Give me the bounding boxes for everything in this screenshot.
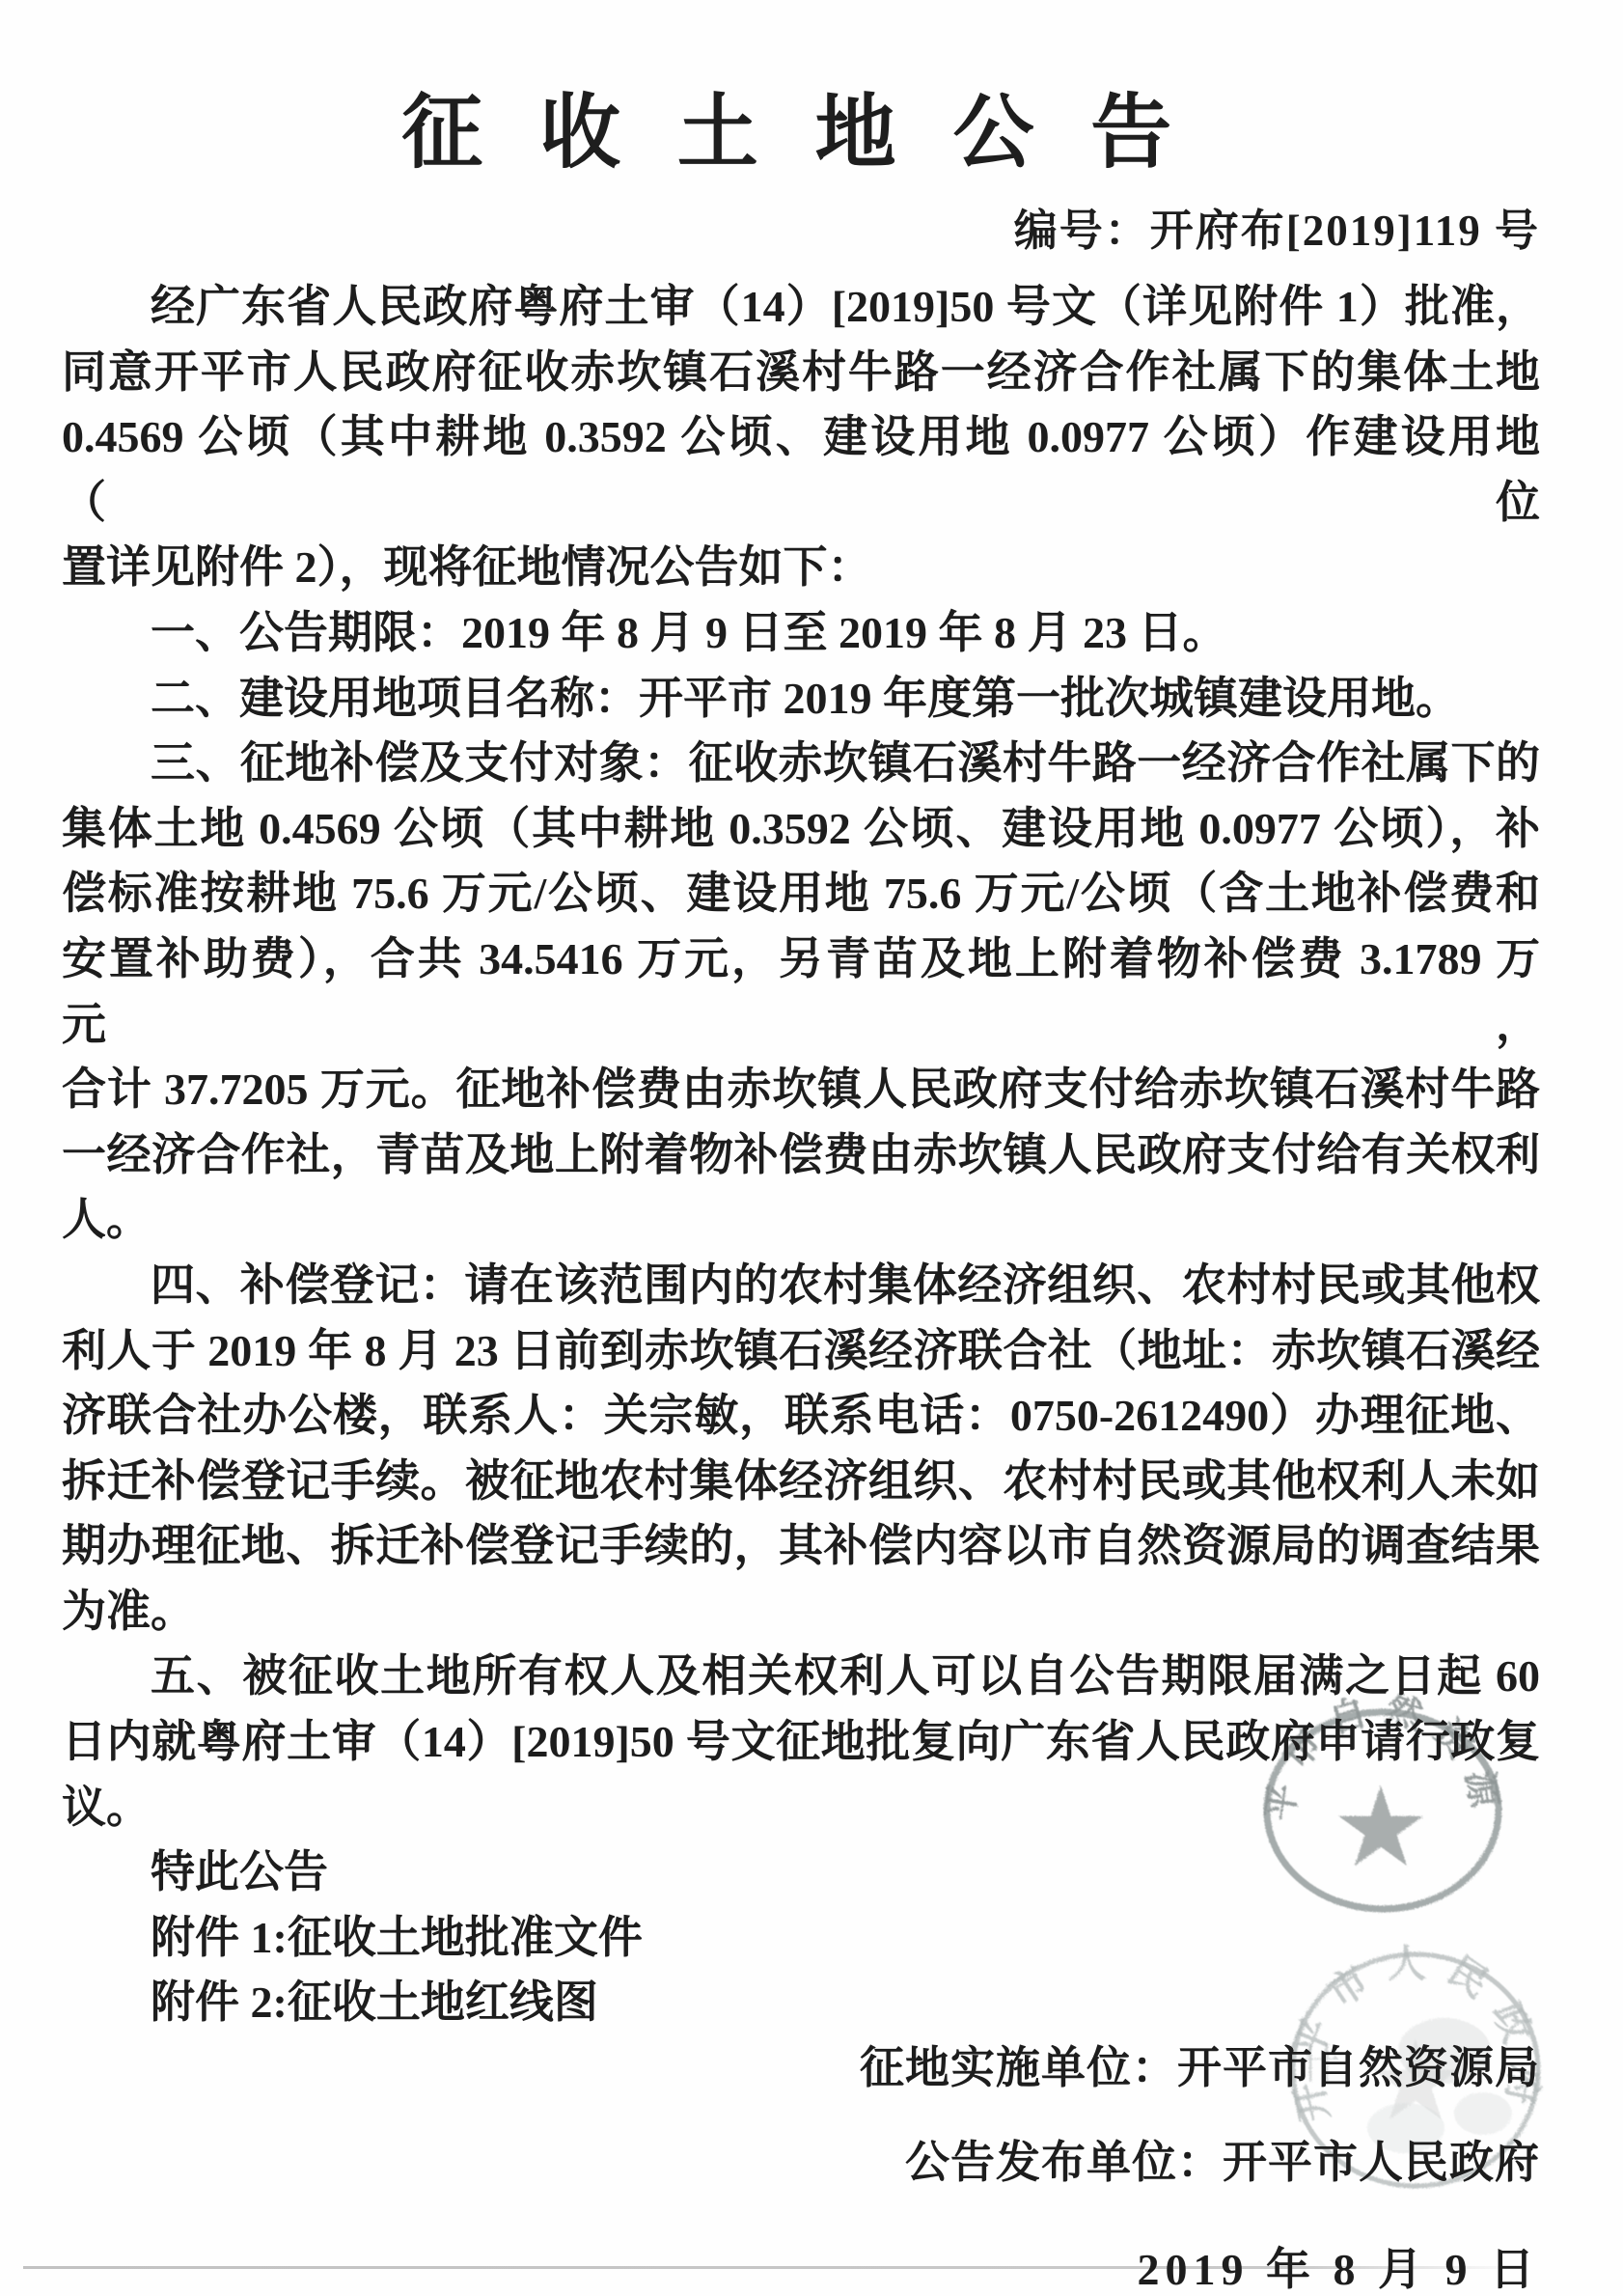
text-line: 附件 2:征收土地红线图: [62, 1970, 1540, 2035]
publishing-unit-line: 公告发布单位：开平市人民政府: [62, 2130, 1540, 2196]
paragraph: 三、征地补偿及支付对象：征收赤坎镇石溪村牛路一经济合作社属下的集体土地 0.45…: [62, 731, 1540, 1253]
text-line: 合计 37.7205 万元。征地补偿费由赤坎镇人民政府支付给赤坎镇石溪村牛路: [62, 1057, 1540, 1122]
document-body: 经广东省人民政府粤府土审（14）[2019]50 号文（详见附件 1）批准，同意…: [62, 274, 1540, 2296]
text-line: 置详见附件 2），现将征地情况公告如下：: [62, 535, 1540, 600]
text-line: 经广东省人民政府粤府土审（14）[2019]50 号文（详见附件 1）批准，: [62, 274, 1540, 340]
document-number: 编号：开府布[2019]119 号: [1014, 195, 1540, 258]
scanned-announcement-page: 开平市自然资源局 开平市人民政府 卄 征收土地公告 编号：开府: [0, 0, 1623, 2296]
paragraph: 五、被征收土地所有权人及相关权利人可以自公告期限届满之日起 60日内就粤府土审（…: [62, 1644, 1540, 1840]
text-line: 集体土地 0.4569 公顷（其中耕地 0.3592 公顷、建设用地 0.097…: [62, 796, 1540, 862]
paragraph: 附件 1:征收土地批准文件: [62, 1905, 1540, 1971]
text-line: 一、公告期限：2019 年 8 月 9 日至 2019 年 8 月 23 日。: [62, 600, 1540, 666]
text-line: 四、补偿登记：请在该范围内的农村集体经济组织、农村村民或其他权: [62, 1253, 1540, 1318]
text-line: 三、征地补偿及支付对象：征收赤坎镇石溪村牛路一经济合作社属下的: [62, 731, 1540, 796]
implementing-unit-line: 征地实施单位：开平市自然资源局: [62, 2035, 1540, 2101]
paragraph: 四、补偿登记：请在该范围内的农村集体经济组织、农村村民或其他权利人于 2019 …: [62, 1253, 1540, 1645]
paragraph: 附件 2:征收土地红线图: [62, 1970, 1540, 2035]
text-line: 拆迁补偿登记手续。被征地农村集体经济组织、农村村民或其他权利人未如: [62, 1449, 1540, 1514]
text-line: 为准。: [62, 1579, 1540, 1645]
text-line: 议。: [62, 1775, 1540, 1840]
text-line: 安置补助费），合共 34.5416 万元，另青苗及地上附着物补偿费 3.1789…: [62, 927, 1540, 1057]
text-line: 利人于 2019 年 8 月 23 日前到赤坎镇石溪经济联合社（地址：赤坎镇石溪…: [62, 1318, 1540, 1384]
text-line: 五、被征收土地所有权人及相关权利人可以自公告期限届满之日起 60: [62, 1644, 1540, 1709]
text-line: 0.4569 公顷（其中耕地 0.3592 公顷、建设用地 0.0977 公顷）…: [62, 404, 1540, 535]
text-line: 期办理征地、拆迁补偿登记手续的，其补偿内容以市自然资源局的调查结果: [62, 1513, 1540, 1579]
announcement-date: 2019 年 8 月 9 日: [62, 2237, 1540, 2296]
text-line: 济联合社办公楼，联系人：关宗敏，联系电话：0750-2612490）办理征地、: [62, 1383, 1540, 1449]
text-line: 二、建设用地项目名称：开平市 2019 年度第一批次城镇建设用地。: [62, 666, 1540, 732]
text-line: 一经济合作社，青苗及地上附着物补偿费由赤坎镇人民政府支付给有关权利: [62, 1122, 1540, 1188]
paragraph: 特此公告: [62, 1840, 1540, 1905]
text-line: 偿标准按耕地 75.6 万元/公顷、建设用地 75.6 万元/公顷（含土地补偿费…: [62, 861, 1540, 927]
text-line: 日内就粤府土审（14）[2019]50 号文征地批复向广东省人民政府申请行政复: [62, 1709, 1540, 1775]
page-title: 征收土地公告: [62, 68, 1540, 184]
text-line: 特此公告: [62, 1840, 1540, 1905]
text-line: 附件 1:征收土地批准文件: [62, 1905, 1540, 1971]
paragraphs-container: 经广东省人民政府粤府土审（14）[2019]50 号文（详见附件 1）批准，同意…: [62, 274, 1540, 2035]
paragraph: 二、建设用地项目名称：开平市 2019 年度第一批次城镇建设用地。: [62, 666, 1540, 732]
text-line: 人。: [62, 1187, 1540, 1253]
paragraph: 经广东省人民政府粤府土审（14）[2019]50 号文（详见附件 1）批准，同意…: [62, 274, 1540, 600]
text-line: 同意开平市人民政府征收赤坎镇石溪村牛路一经济合作社属下的集体土地: [62, 340, 1540, 405]
paragraph: 一、公告期限：2019 年 8 月 9 日至 2019 年 8 月 23 日。: [62, 600, 1540, 666]
